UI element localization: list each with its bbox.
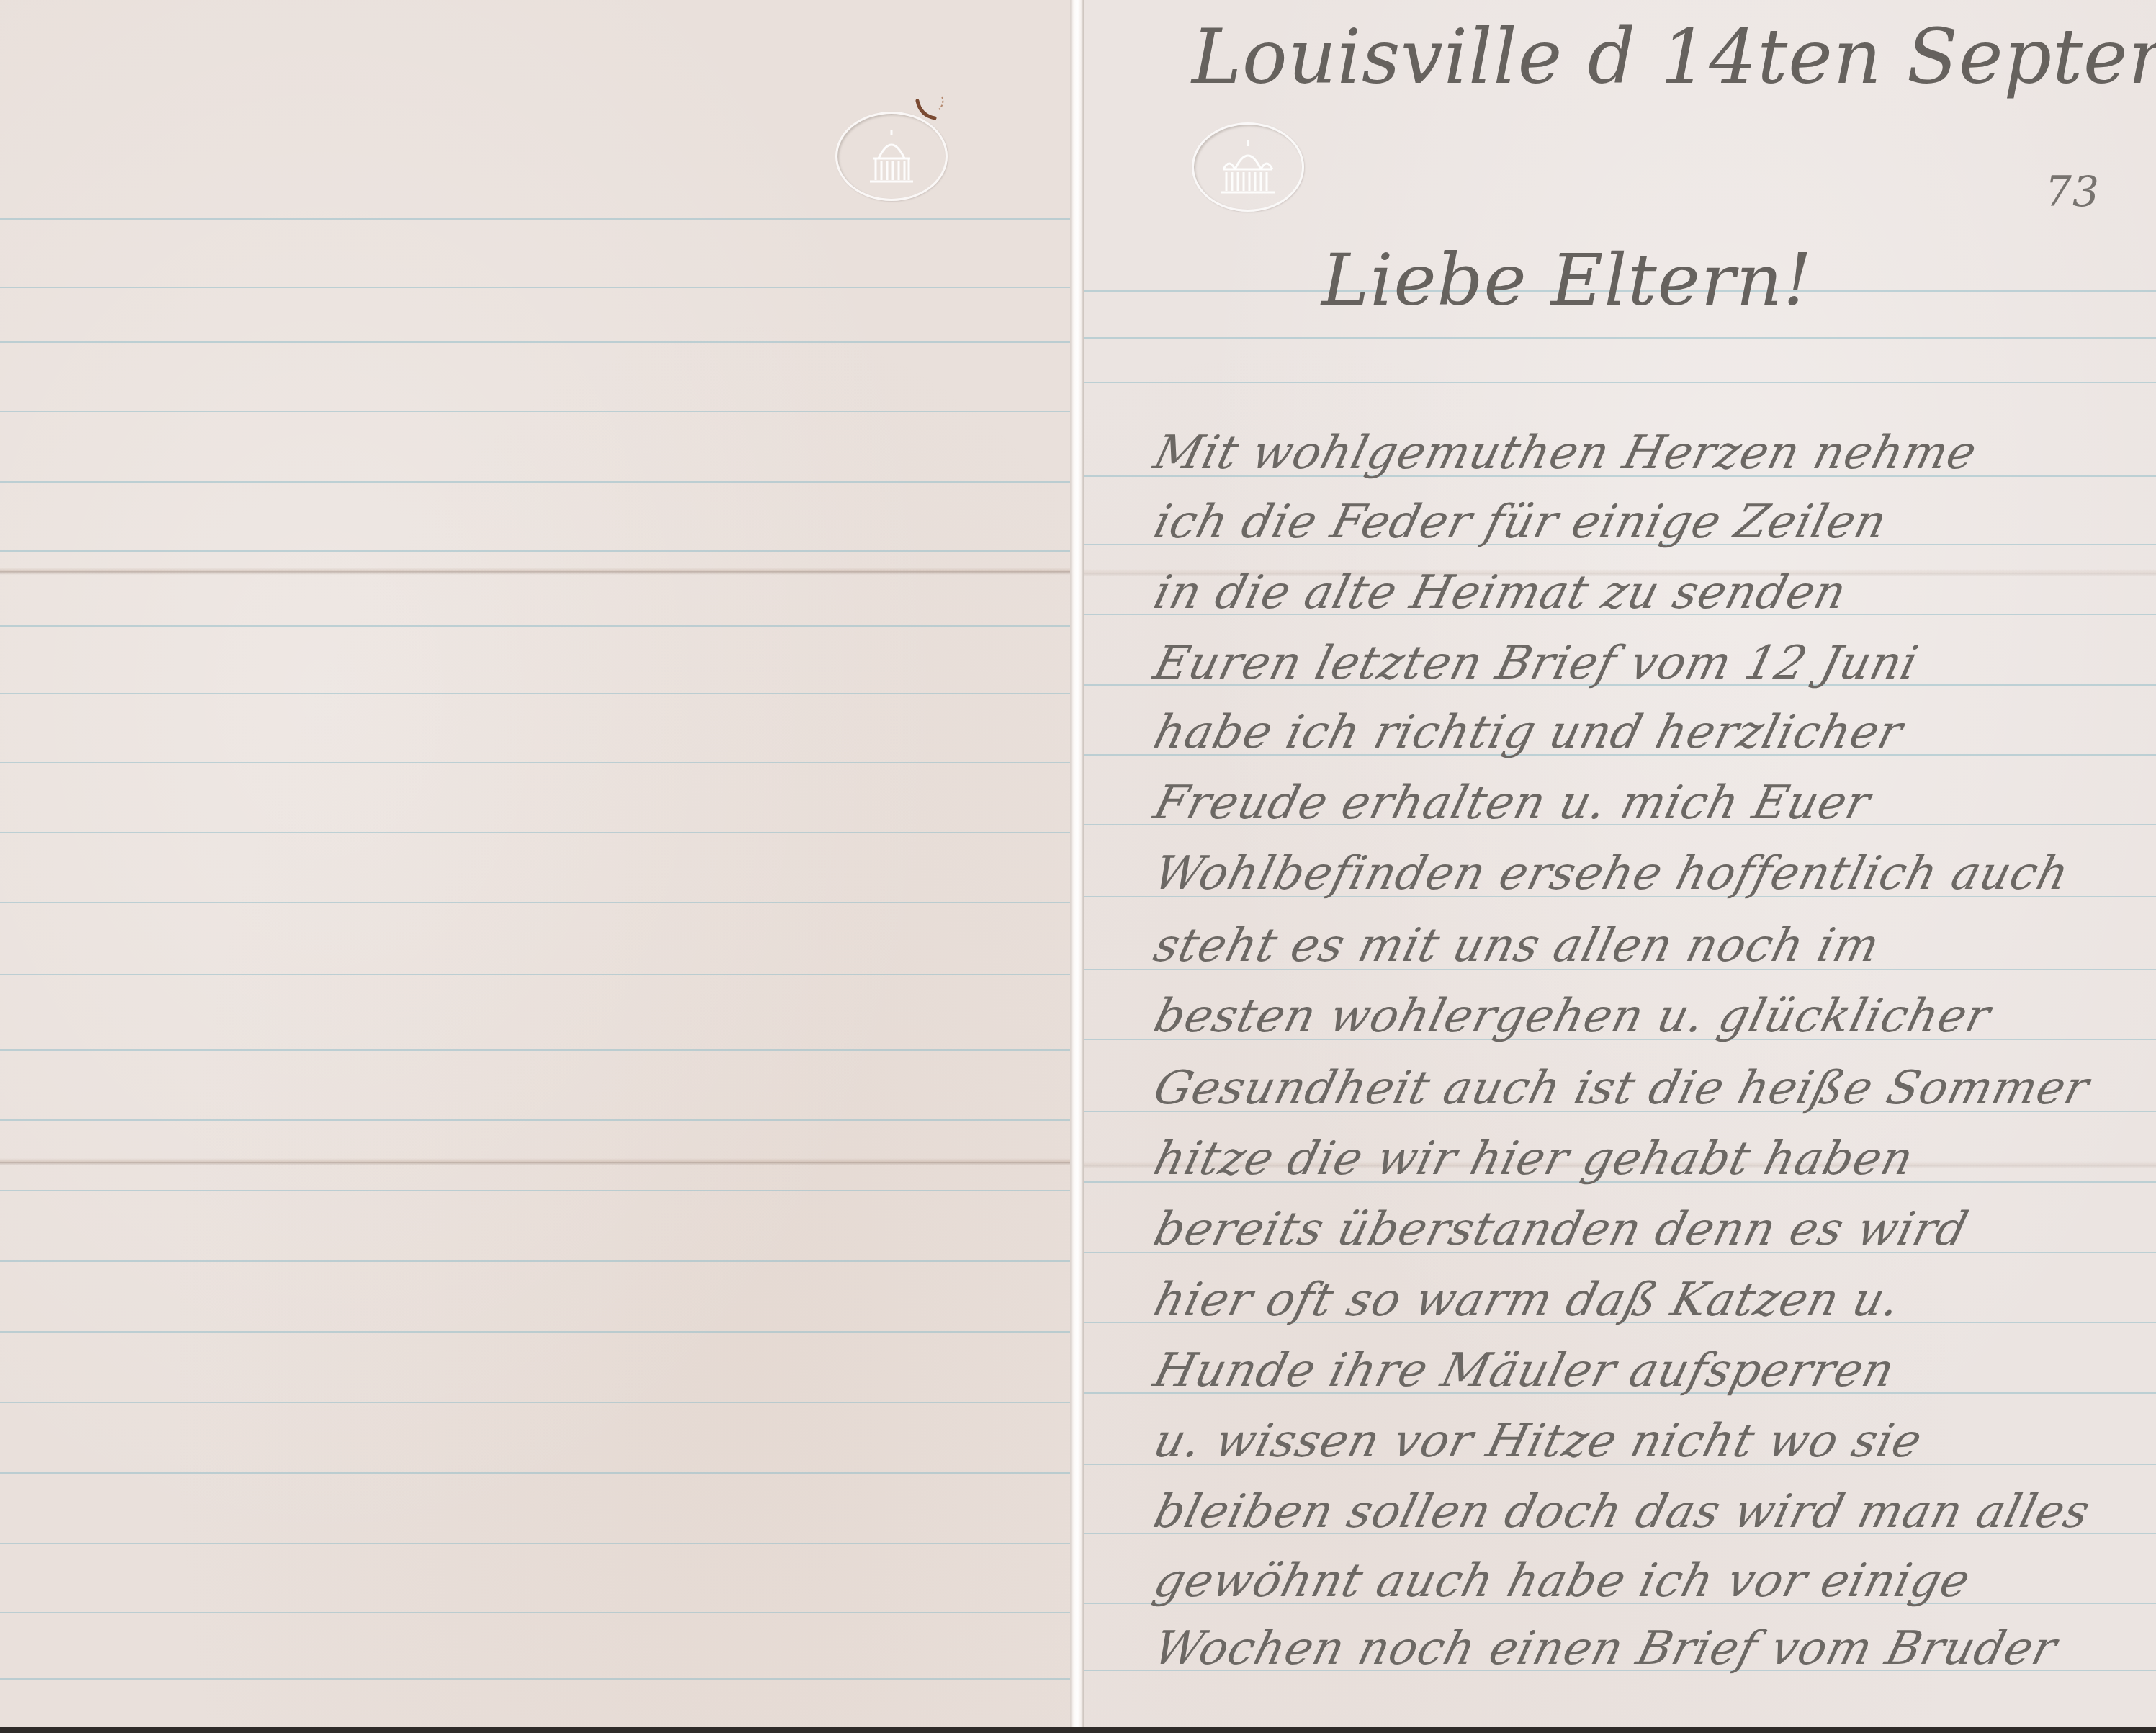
left-page [0, 0, 1072, 1727]
body-line: Freude erhalten u. mich Euer [1149, 776, 1876, 830]
body-line: Euren letzten Brief vom 12 Juni [1149, 637, 1923, 690]
body-line: Wochen noch einen Brief vom Bruder [1149, 1622, 2062, 1675]
ruled-line [0, 625, 1072, 627]
salutation: Liebe Eltern! [1321, 238, 1813, 322]
domed-building-seal-icon [1192, 122, 1304, 212]
ruled-line [0, 1331, 1072, 1333]
body-line: u. wissen vor Hitze nicht wo sie [1149, 1415, 1928, 1468]
ruled-line [0, 341, 1072, 343]
ruled-line [0, 762, 1072, 763]
body-line: Wohlbefinden ersehe hoffentlich auch [1149, 847, 2075, 900]
ruled-line [0, 1402, 1072, 1403]
ruled-line [0, 1678, 1072, 1680]
year-note: 73 [2045, 167, 2100, 216]
fold-crease [0, 568, 1072, 575]
body-line: Mit wohlgemuthen Herzen nehme [1149, 426, 1982, 480]
ruled-line [0, 1049, 1072, 1051]
letter-spread: Louisville d 14ten Septemb 73 Liebe Elte… [0, 0, 2156, 1727]
body-line: steht es mit uns allen noch im [1149, 919, 1885, 972]
ruled-line [0, 411, 1072, 412]
place-date-heading: Louisville d 14ten Septemb [1192, 13, 2156, 101]
body-line: hier oft so warm daß Katzen u. [1149, 1273, 1906, 1327]
ruled-line [0, 287, 1072, 288]
body-line: besten wohlergehen u. glücklicher [1149, 990, 1996, 1043]
ruled-line [0, 974, 1072, 975]
body-line: in die alte Heimat zu senden [1149, 566, 1852, 619]
ruled-line [1084, 382, 2156, 383]
rust-stain-icon [913, 94, 949, 125]
body-line: bereits überstanden denn es wird [1149, 1203, 1974, 1256]
body-line: gewöhnt auch habe ich vor einige [1149, 1554, 1976, 1608]
body-line: Hunde ihre Mäuler aufsperren [1149, 1344, 1900, 1397]
ruled-line [0, 693, 1072, 694]
ruled-line [0, 1472, 1072, 1474]
body-line: bleiben sollen doch das wird man alles [1149, 1485, 2096, 1539]
body-line: ich die Feder für einige Zeilen [1149, 496, 1892, 549]
ruled-line [0, 1543, 1072, 1544]
center-fold-spine [1070, 0, 1084, 1727]
scanner-bed-edge [0, 1727, 2156, 1733]
body-line: Gesundheit auch ist die heiße Sommer [1149, 1062, 2095, 1115]
ruled-line [0, 902, 1072, 903]
ruled-line [0, 550, 1072, 552]
ruled-line [0, 1612, 1072, 1613]
ruled-line [0, 1190, 1072, 1191]
ruled-line [0, 481, 1072, 483]
ruled-line [1084, 337, 2156, 339]
ruled-line [0, 1119, 1072, 1121]
body-line: hitze die wir hier gehabt haben [1149, 1132, 1919, 1186]
ruled-line [0, 1260, 1072, 1262]
ruled-line [0, 832, 1072, 833]
fold-crease [0, 1158, 1072, 1165]
ruled-line [0, 218, 1072, 220]
body-line: habe ich richtig und herzlicher [1149, 706, 1908, 759]
right-page: Louisville d 14ten Septemb 73 Liebe Elte… [1084, 0, 2156, 1727]
